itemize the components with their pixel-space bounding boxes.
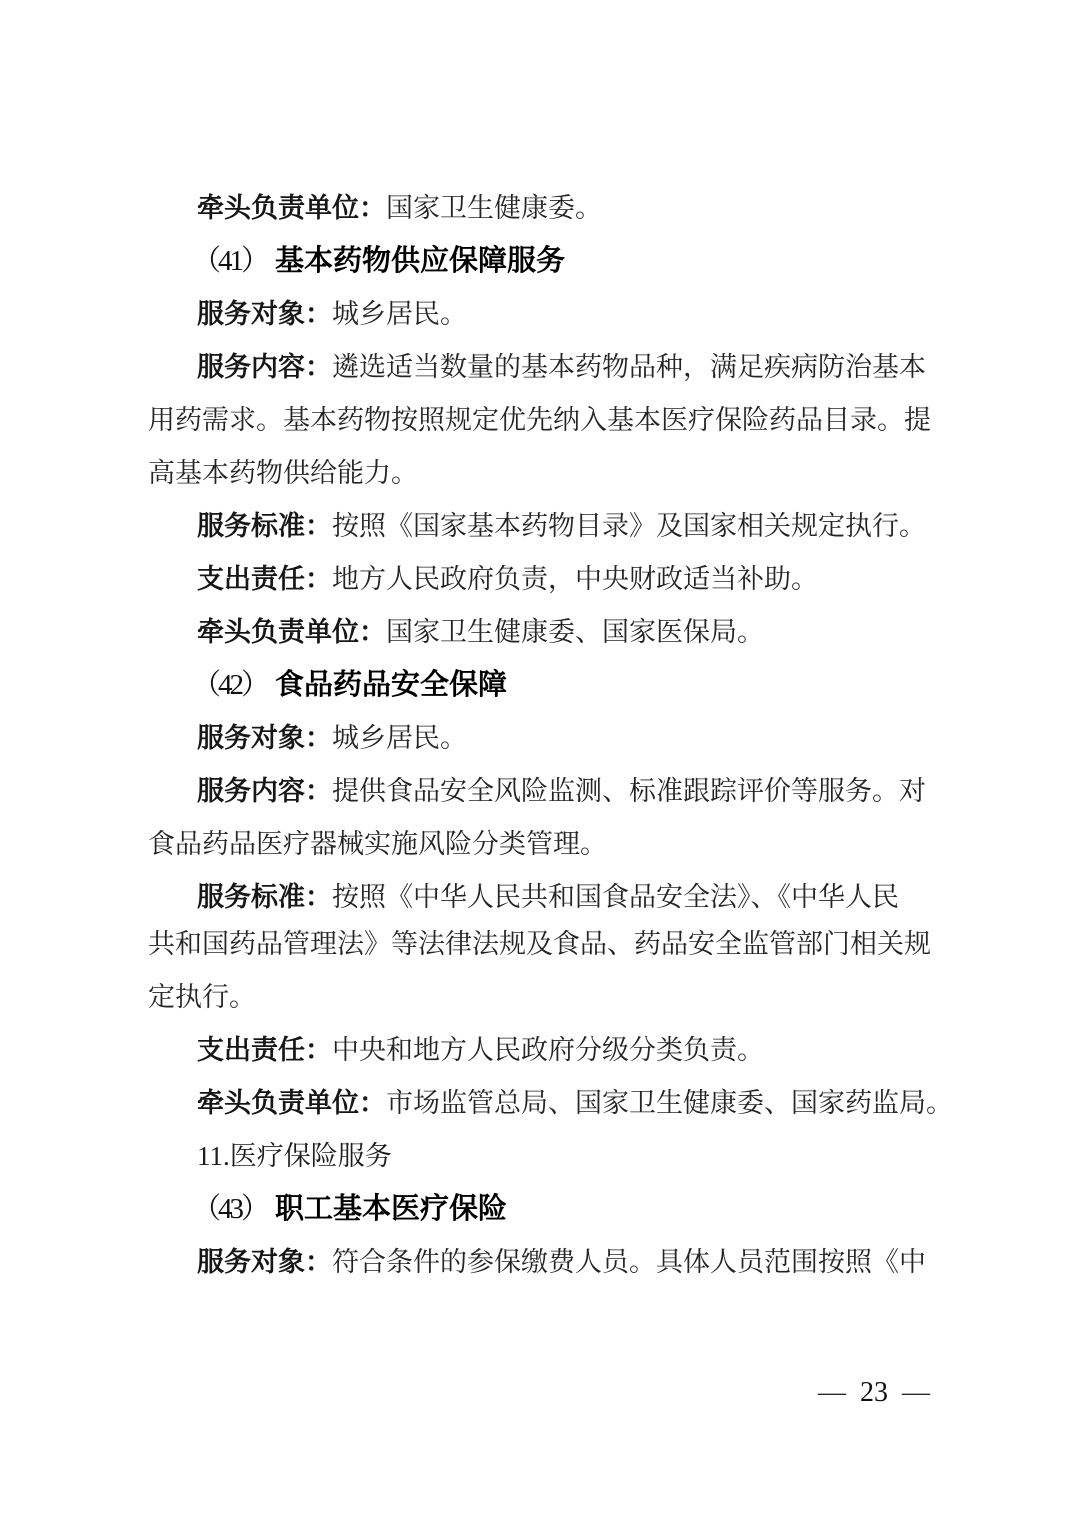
- expenditure-line: 支出责任：地方人民政府负责，中央财政适当补助。: [148, 564, 948, 594]
- field-value: 中央和地方人民政府分级分类负责。: [332, 1035, 764, 1065]
- field-label: 支出责任：: [197, 1035, 332, 1065]
- paragraph-text: 用药需求。基本药物按照规定优先纳入基本医疗保险药品目录。提: [148, 405, 931, 435]
- service-target-line: 服务对象：城乡居民。: [148, 299, 948, 329]
- lead-agency-line: 牵头负责单位：国家卫生健康委、国家医保局。: [148, 617, 948, 647]
- paragraph-text: 共和国药品管理法》等法律法规及食品、药品安全监管部门相关规: [148, 929, 931, 959]
- section-heading-42: （42）食品药品安全保障: [148, 670, 948, 700]
- field-value: 符合条件的参保缴费人员。具体人员范围按照《中: [332, 1247, 926, 1277]
- field-value: 市场监管总局、国家卫生健康委、国家药监局。: [386, 1088, 953, 1118]
- document-page: 牵头负责单位：国家卫生健康委。 （41）基本药物供应保障服务 服务对象：城乡居民…: [0, 0, 1074, 1520]
- service-standard-line: 服务标准：按照《国家基本药物目录》及国家相关规定执行。: [148, 511, 948, 541]
- paragraph-text: 高基本药物供给能力。: [148, 458, 418, 488]
- field-value: 地方人民政府负责，中央财政适当补助。: [332, 564, 818, 594]
- field-value: 按照《中华人民共和国食品安全法》、《中华人民: [332, 882, 899, 912]
- service-target-line: 服务对象：城乡居民。: [148, 723, 948, 753]
- field-value: 按照《国家基本药物目录》及国家相关规定执行。: [332, 511, 926, 541]
- page-number-footer: —23—: [818, 1378, 930, 1408]
- section-number: （43）: [192, 1193, 267, 1225]
- field-label: 服务对象：: [197, 723, 332, 753]
- field-value: 城乡居民。: [332, 299, 467, 329]
- field-value: 国家卫生健康委、国家医保局。: [386, 617, 764, 647]
- service-standard-continuation: 共和国药品管理法》等法律法规及食品、药品安全监管部门相关规: [148, 929, 948, 959]
- section-title: 食品药品安全保障: [275, 669, 507, 701]
- field-label: 支出责任：: [197, 564, 332, 594]
- lead-agency-line: 牵头负责单位：国家卫生健康委。: [148, 193, 948, 223]
- service-content-line: 服务内容：提供食品安全风险监测、标准跟踪评价等服务。对: [148, 776, 948, 806]
- service-content-continuation: 用药需求。基本药物按照规定优先纳入基本医疗保险药品目录。提: [148, 405, 948, 435]
- section-heading-43: （43）职工基本医疗保险: [148, 1194, 948, 1224]
- field-value: 遴选适当数量的基本药物品种，满足疾病防治基本: [332, 352, 926, 382]
- page-number: 23: [860, 1377, 888, 1408]
- field-label: 牵头负责单位：: [197, 193, 386, 223]
- paragraph-text: 定执行。: [148, 982, 256, 1012]
- section-heading-41: （41）基本药物供应保障服务: [148, 246, 948, 276]
- document-body: 牵头负责单位：国家卫生健康委。 （41）基本药物供应保障服务 服务对象：城乡居民…: [148, 193, 948, 1300]
- lead-agency-line: 牵头负责单位：市场监管总局、国家卫生健康委、国家药监局。: [148, 1088, 948, 1118]
- service-target-line: 服务对象：符合条件的参保缴费人员。具体人员范围按照《中: [148, 1247, 948, 1277]
- field-label: 服务标准：: [197, 882, 332, 912]
- field-label: 牵头负责单位：: [197, 617, 386, 647]
- service-content-line: 服务内容：遴选适当数量的基本药物品种，满足疾病防治基本: [148, 352, 948, 382]
- service-content-continuation: 高基本药物供给能力。: [148, 458, 948, 488]
- footer-dash-right: —: [902, 1377, 930, 1408]
- service-standard-line: 服务标准：按照《中华人民共和国食品安全法》、《中华人民: [148, 882, 948, 912]
- footer-dash-left: —: [818, 1377, 846, 1408]
- section-title: 基本药物供应保障服务: [275, 245, 565, 277]
- field-value: 国家卫生健康委。: [386, 193, 602, 223]
- field-label: 服务内容：: [197, 776, 332, 806]
- category-heading-11: 11.医疗保险服务: [148, 1141, 948, 1171]
- expenditure-line: 支出责任：中央和地方人民政府分级分类负责。: [148, 1035, 948, 1065]
- category-title: 11.医疗保险服务: [197, 1141, 392, 1171]
- service-content-continuation: 食品药品医疗器械实施风险分类管理。: [148, 829, 948, 859]
- field-label: 服务对象：: [197, 1247, 332, 1277]
- field-label: 牵头负责单位：: [197, 1088, 386, 1118]
- section-number: （42）: [192, 669, 267, 701]
- service-standard-continuation: 定执行。: [148, 982, 948, 1012]
- field-label: 服务内容：: [197, 352, 332, 382]
- section-title: 职工基本医疗保险: [275, 1193, 507, 1225]
- paragraph-text: 食品药品医疗器械实施风险分类管理。: [148, 829, 607, 859]
- section-number: （41）: [192, 245, 267, 277]
- field-value: 城乡居民。: [332, 723, 467, 753]
- field-value: 提供食品安全风险监测、标准跟踪评价等服务。对: [332, 776, 926, 806]
- field-label: 服务对象：: [197, 299, 332, 329]
- field-label: 服务标准：: [197, 511, 332, 541]
